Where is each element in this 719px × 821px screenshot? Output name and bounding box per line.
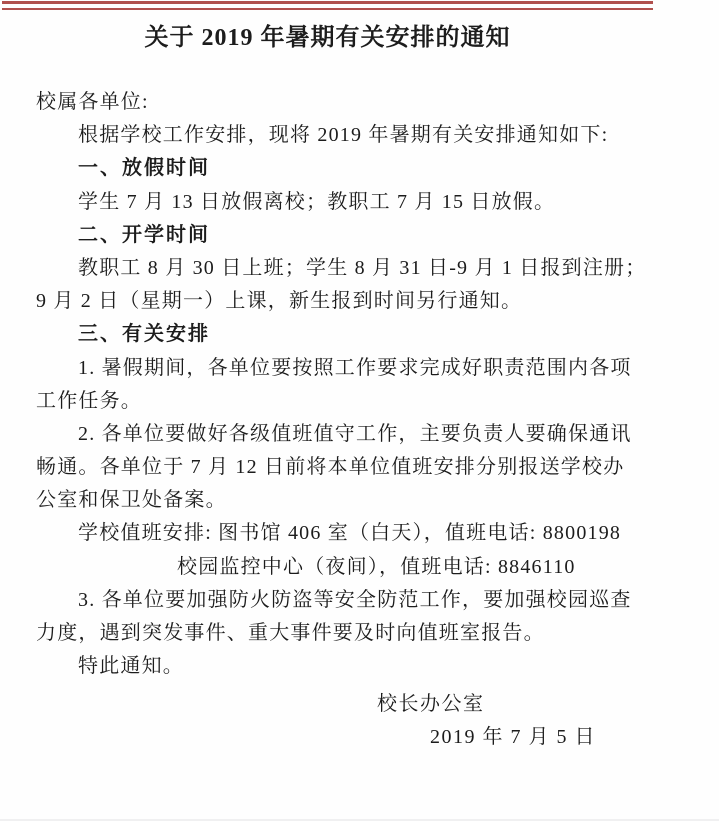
- document-line: 公室和保卫处备案。: [36, 484, 632, 517]
- section-heading: 三、有关安排: [36, 318, 632, 351]
- letterhead-rule-bottom: [2, 8, 653, 10]
- document-title: 关于 2019 年暑期有关安排的通知: [2, 22, 653, 55]
- document-line: 学校值班安排: 图书馆 406 室（白天），值班电话: 8800198: [36, 517, 632, 550]
- document-line: 根据学校工作安排，现将 2019 年暑期有关安排通知如下:: [36, 119, 632, 152]
- document-line: 特此通知。: [36, 650, 632, 683]
- document-line: 3. 各单位要加强防火防盗等安全防范工作，要加强校园巡查: [36, 584, 632, 617]
- section-heading: 一、放假时间: [36, 152, 632, 185]
- signature-author: 校长办公室: [377, 688, 651, 721]
- document-line: 1. 暑假期间，各单位要按照工作要求完成好职责范围内各项: [36, 352, 632, 385]
- document-body: 校属各单位:根据学校工作安排，现将 2019 年暑期有关安排通知如下:一、放假时…: [36, 86, 632, 683]
- document-line: 9 月 2 日（星期一）上课，新生报到时间另行通知。: [36, 285, 632, 318]
- document-line: 力度，遇到突发事件、重大事件要及时向值班室报告。: [36, 617, 632, 650]
- document-line: 工作任务。: [36, 385, 632, 418]
- document-line: 校园监控中心（夜间），值班电话: 8846110: [36, 551, 632, 584]
- document-line: 2. 各单位要做好各级值班值守工作，主要负责人要确保通讯: [36, 418, 632, 451]
- document-page: 关于 2019 年暑期有关安排的通知 校属各单位:根据学校工作安排，现将 201…: [0, 0, 719, 821]
- document-line: 学生 7 月 13 日放假离校；教职工 7 月 15 日放假。: [36, 186, 632, 219]
- signature-block: 校长办公室 2019 年 7 月 5 日: [0, 688, 651, 754]
- letterhead-rule-top: [2, 1, 653, 4]
- document-line: 校属各单位:: [36, 86, 632, 119]
- document-line: 教职工 8 月 30 日上班；学生 8 月 31 日-9 月 1 日报到注册；: [36, 252, 632, 285]
- signature-date: 2019 年 7 月 5 日: [430, 721, 651, 754]
- section-heading: 二、开学时间: [36, 219, 632, 252]
- document-line: 畅通。各单位于 7 月 12 日前将本单位值班安排分别报送学校办: [36, 451, 632, 484]
